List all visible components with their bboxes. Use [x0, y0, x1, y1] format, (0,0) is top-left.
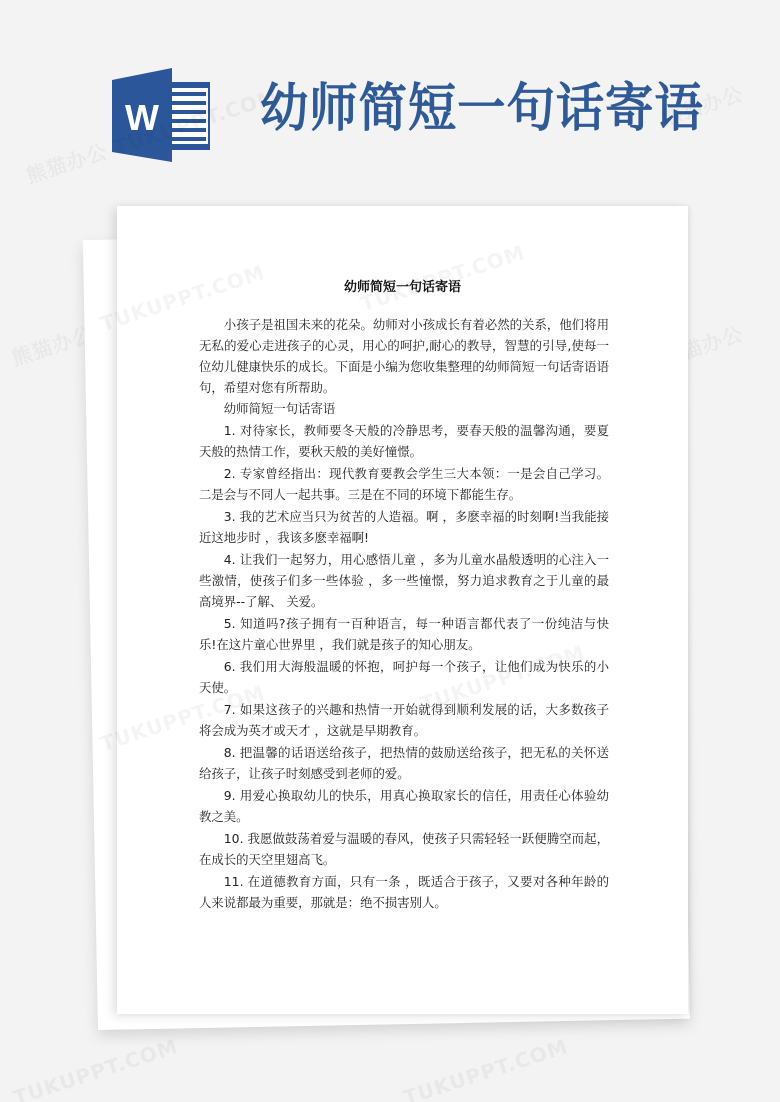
header-banner: W 幼师简短一句话寄语: [0, 0, 780, 200]
list-item: 7. 如果这孩子的兴趣和热情一开始就得到顺利发展的话，大多数孩子将会成为英才或天…: [199, 699, 609, 741]
list-item: 1. 对待家长，教师要冬天般的冷静思考，要春天般的温馨沟通，要夏天般的热情工作，…: [199, 420, 609, 462]
document-body: 小孩子是祖国未来的花朵。幼师对小孩成长有着必然的关系，他们将用无私的爱心走进孩子…: [199, 314, 609, 913]
list-item: 11. 在道德教育方面，只有一条 ，既适合于孩子，又要对各种年龄的人来说都最为重…: [199, 871, 609, 913]
watermark: TUKUPPT.COM: [10, 1034, 180, 1102]
list-item: 5. 知道吗?孩子拥有一百种语言，每一种语言都代表了一份纯洁与快乐!在这片童心世…: [199, 613, 609, 655]
subheading: 幼师简短一句话寄语: [199, 398, 609, 419]
watermark: 熊猫办公: [8, 318, 97, 372]
list-item: 8. 把温馨的话语送给孩子，把热情的鼓励送给孩子，把无私的关怀送给孩子，让孩子时…: [199, 742, 609, 784]
watermark: TUKUPPT.COM: [400, 1034, 570, 1102]
list-item: 6. 我们用大海般温暖的怀抱，呵护每一个孩子，让他们成为快乐的小天使。: [199, 656, 609, 698]
list-item: 10. 我愿做鼓荡着爱与温暖的春风，使孩子只需轻轻一跃便腾空而起，在成长的天空里…: [199, 828, 609, 870]
svg-text:W: W: [125, 97, 159, 138]
list-item: 9. 用爱心换取幼儿的快乐，用真心换取家长的信任，用责任心体验幼教之美。: [199, 785, 609, 827]
document-title: 幼师简短一句话寄语: [117, 276, 688, 295]
word-document-icon: W: [108, 68, 210, 162]
list-item: 2. 专家曾经指出：现代教育要教会学生三大本领：一是会自己学习。二是会与不同人一…: [199, 463, 609, 505]
list-item: 4. 让我们一起努力，用心感悟儿童 ，多为儿童水晶般透明的心注入一些激情，使孩子…: [199, 549, 609, 612]
list-item: 3. 我的艺术应当只为贫苦的人造福。啊 ，多麽幸福的时刻啊!当我能接近这地步时 …: [199, 506, 609, 548]
document-page: 幼师简短一句话寄语 小孩子是祖国未来的花朵。幼师对小孩成长有着必然的关系，他们将…: [117, 206, 688, 1014]
intro-paragraph: 小孩子是祖国未来的花朵。幼师对小孩成长有着必然的关系，他们将用无私的爱心走进孩子…: [199, 314, 609, 398]
banner-title: 幼师简短一句话寄语: [260, 74, 704, 144]
